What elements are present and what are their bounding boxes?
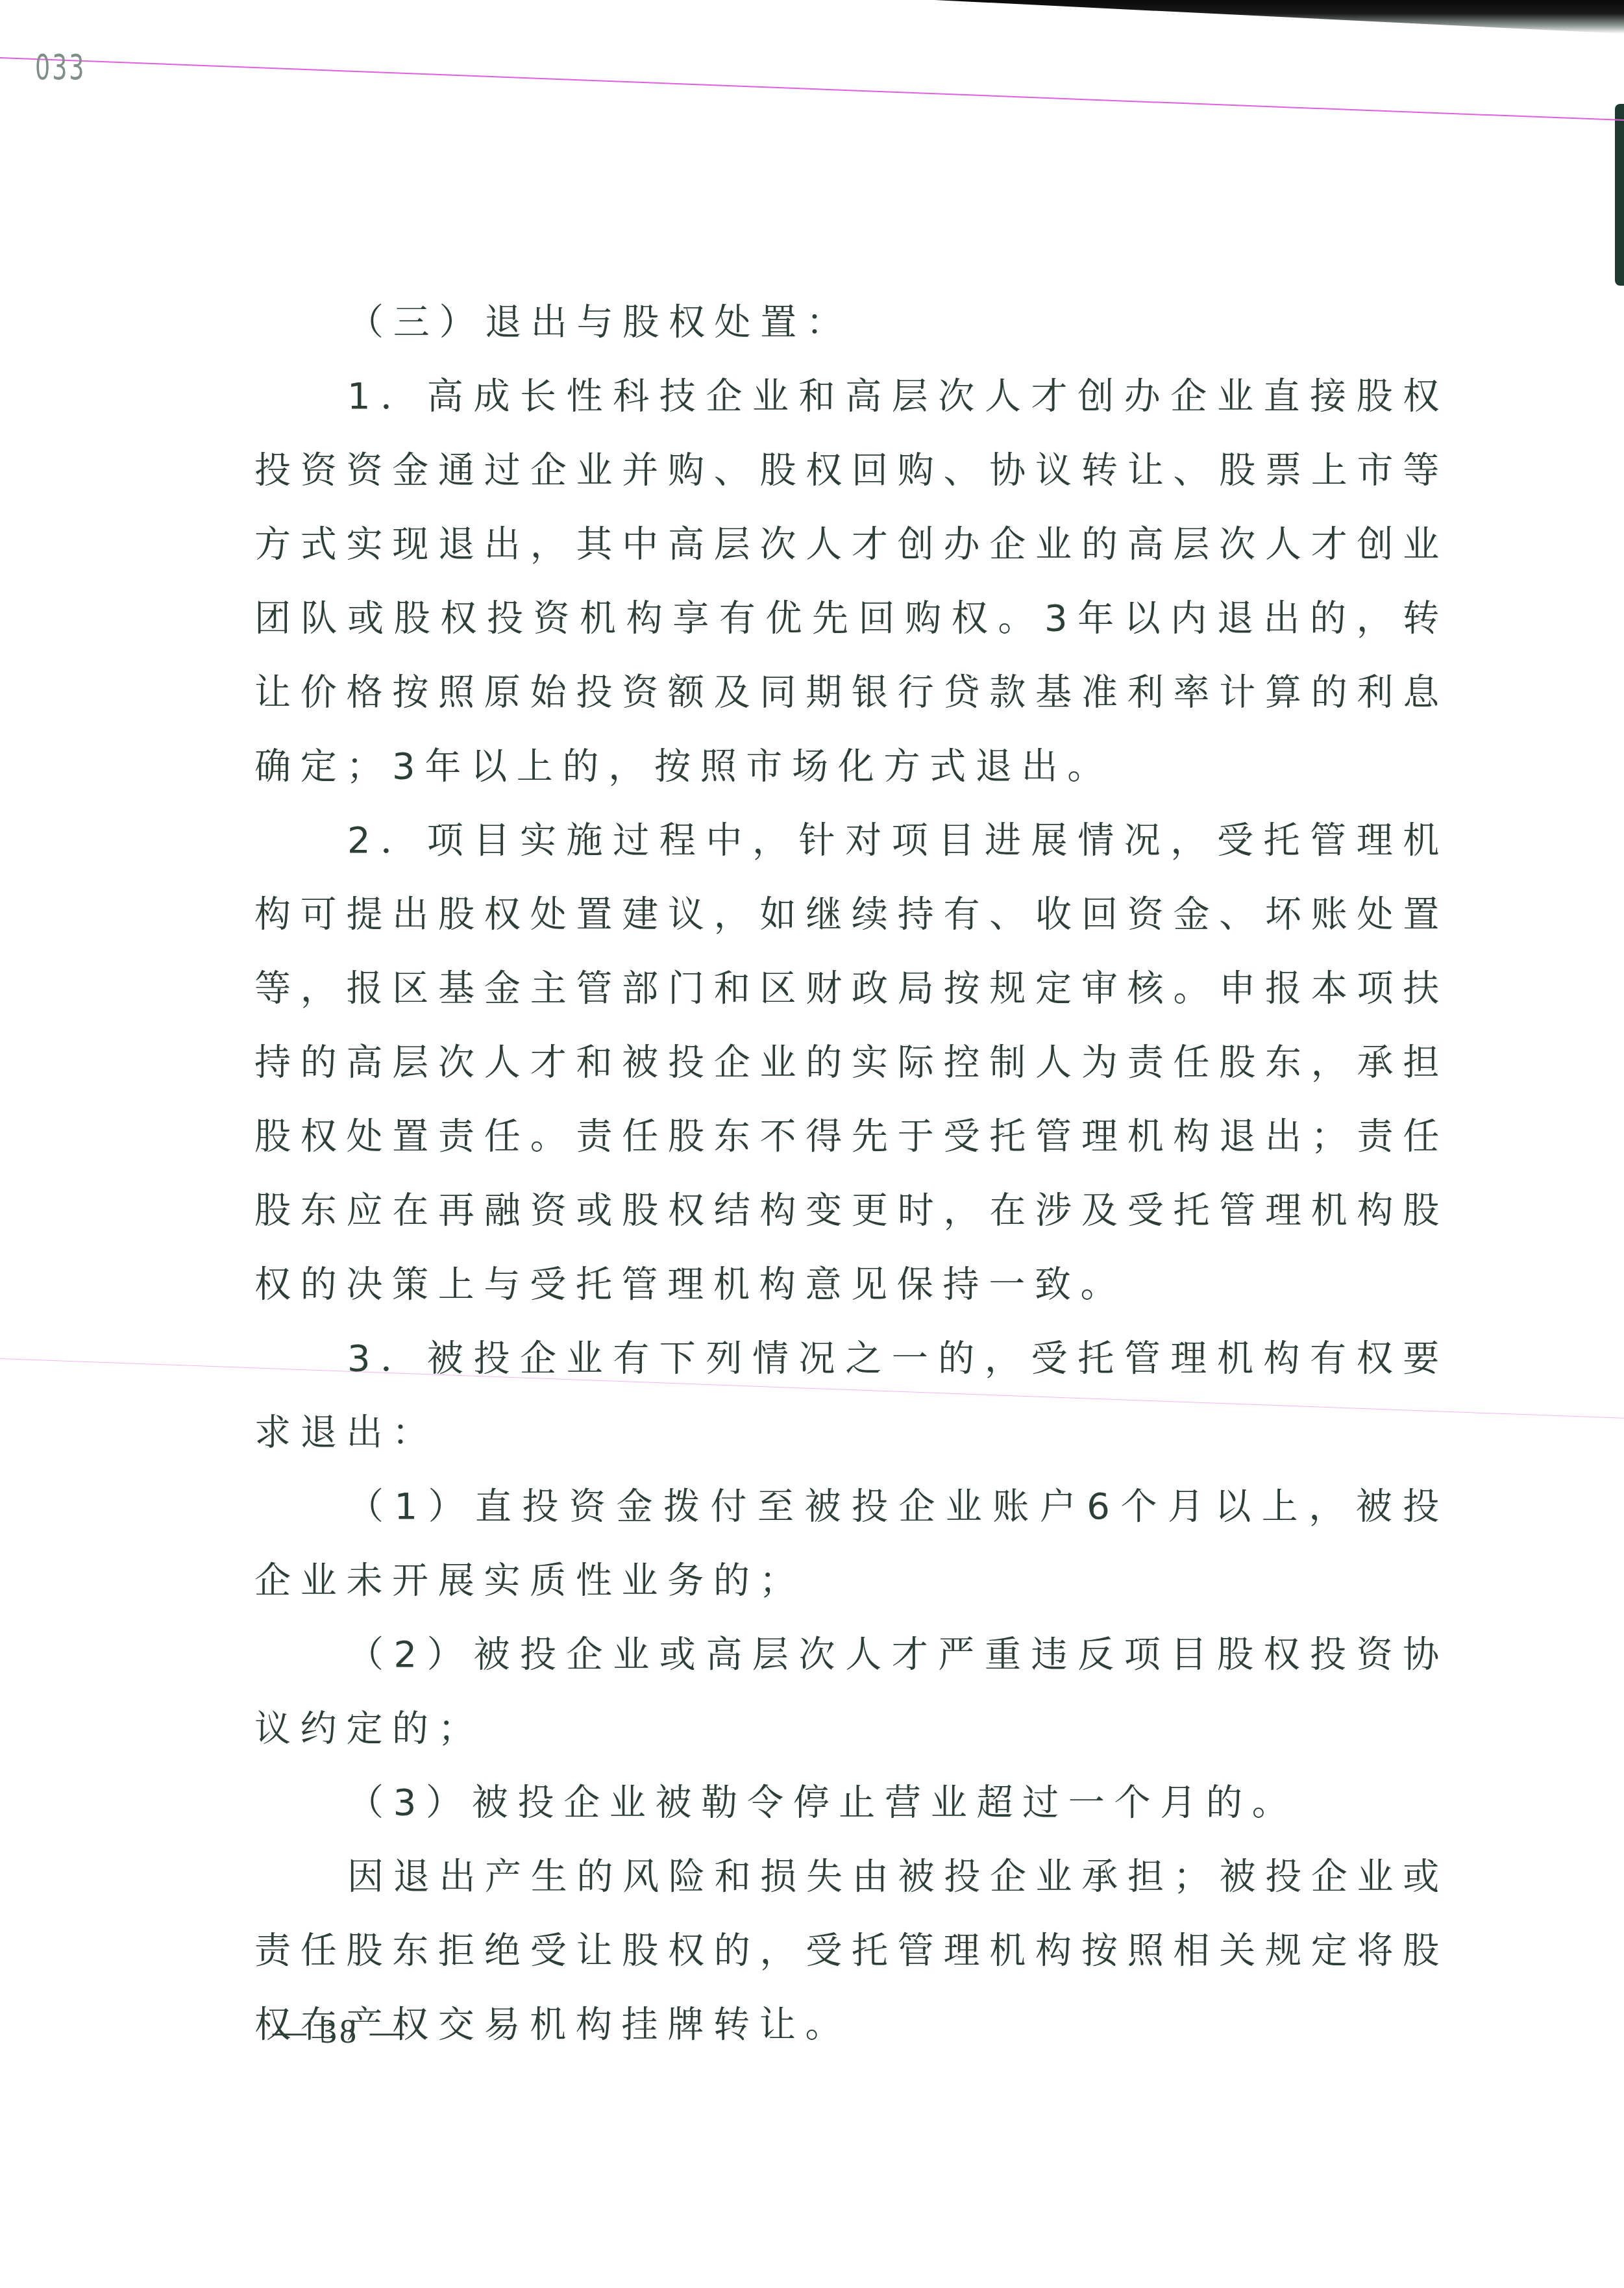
- section-heading: （三）退出与股权处置：: [254, 286, 1449, 360]
- paragraph-closing: 因退出产生的风险和损失由被投企业承担；被投企业或责任股东拒绝受让股权的，受托管理…: [254, 1840, 1449, 2062]
- list-item-2: （2）被投企业或高层次人才严重违反项目股权投资协议约定的；: [254, 1618, 1449, 1766]
- scan-stamp-number: 033: [35, 47, 86, 88]
- page-number: — 38 —: [273, 2013, 406, 2051]
- list-item-3: （3）被投企业被勒令停止营业超过一个月的。: [254, 1766, 1449, 1840]
- paragraph-3: 3．被投企业有下列情况之一的，受托管理机构有权要求退出：: [254, 1322, 1449, 1470]
- scan-edge-shadow: [935, 0, 1624, 34]
- document-body: （三）退出与股权处置： 1．高成长性科技企业和高层次人才创办企业直接股权投资资金…: [254, 286, 1449, 2062]
- paragraph-1: 1．高成长性科技企业和高层次人才创办企业直接股权投资资金通过企业并购、股权回购、…: [254, 360, 1449, 804]
- list-item-1: （1）直投资金拨付至被投企业账户6个月以上，被投企业未开展实质性业务的；: [254, 1470, 1449, 1618]
- scan-edge-mark: [1615, 104, 1624, 286]
- paragraph-2: 2．项目实施过程中，针对项目进展情况，受托管理机构可提出股权处置建议，如继续持有…: [254, 804, 1449, 1322]
- scan-guide-line: [0, 57, 1624, 121]
